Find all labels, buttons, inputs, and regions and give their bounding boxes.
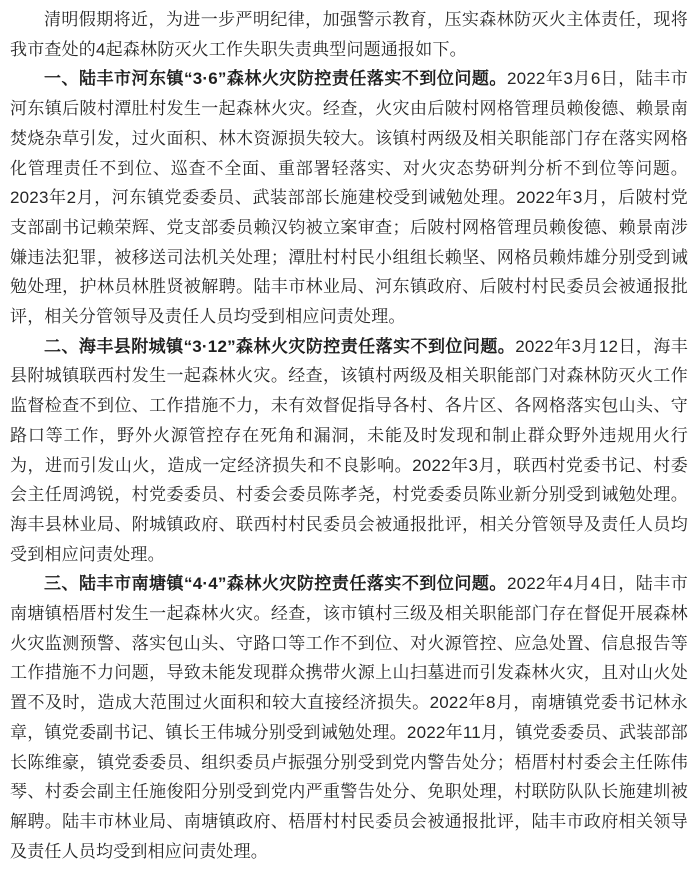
- section-1-body: 2022年3月6日，陆丰市河东镇后陂村潭肚村发生一起森林火灾。经查，火灾由后陂村…: [10, 69, 688, 326]
- intro-text: 清明假期将近，为进一步严明纪律，加强警示教育，压实森林防灭火主体责任，现将我市查…: [10, 10, 688, 59]
- section-3-body: 2022年4月4日，陆丰市南塘镇梧厝村发生一起森林火灾。经查，该市镇村三级及相关…: [10, 574, 688, 860]
- section-paragraph-2: 二、海丰县附城镇“3·12”森林火灾防控责任落实不到位问题。2022年3月12日…: [10, 332, 688, 570]
- section-1-heading: 一、陆丰市河东镇“3·6”森林火灾防控责任落实不到位问题。: [44, 69, 507, 88]
- section-2-body: 2022年3月12日，海丰县附城镇联西村发生一起森林火灾。经查，该镇村两级及相关…: [10, 337, 688, 564]
- section-paragraph-3: 三、陆丰市南塘镇“4·4”森林火灾防控责任落实不到位问题。2022年4月4日，陆…: [10, 569, 688, 866]
- section-2-heading: 二、海丰县附城镇“3·12”森林火灾防控责任落实不到位问题。: [44, 337, 515, 356]
- section-paragraph-1: 一、陆丰市河东镇“3·6”森林火灾防控责任落实不到位问题。2022年3月6日，陆…: [10, 64, 688, 331]
- intro-paragraph: 清明假期将近，为进一步严明纪律，加强警示教育，压实森林防灭火主体责任，现将我市查…: [10, 5, 688, 64]
- section-3-heading: 三、陆丰市南塘镇“4·4”森林火灾防控责任落实不到位问题。: [44, 574, 507, 593]
- document-body: 清明假期将近，为进一步严明纪律，加强警示教育，压实森林防灭火主体责任，现将我市查…: [0, 0, 698, 872]
